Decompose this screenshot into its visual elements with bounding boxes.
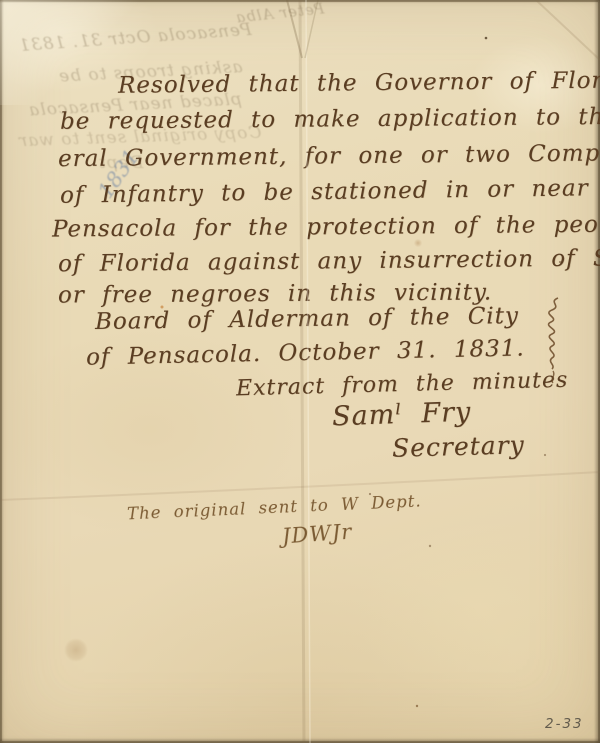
body-line: of Florida against any insurrection of S…	[58, 245, 600, 277]
body-line: Resolved that the Governor of Florida	[118, 67, 600, 98]
ink-flourish	[540, 296, 566, 384]
archive-number: 2-33	[545, 716, 584, 732]
body-line: Pensacola for the protection of the peop…	[52, 211, 600, 242]
paper-edge-left	[0, 0, 4, 743]
paper-edge-bottom	[0, 738, 600, 743]
body-line: eral Government, for one or two Companie…	[58, 140, 600, 172]
signature: Samˡ Fry	[332, 397, 472, 433]
annotation-initials: JDWJr	[281, 520, 353, 549]
document-scan: Peter Alba Pensacola Octr 31. 1831 askin…	[0, 0, 600, 743]
signer-title: Secretary	[392, 430, 525, 462]
body-line: be requested to make application to the …	[60, 103, 600, 135]
